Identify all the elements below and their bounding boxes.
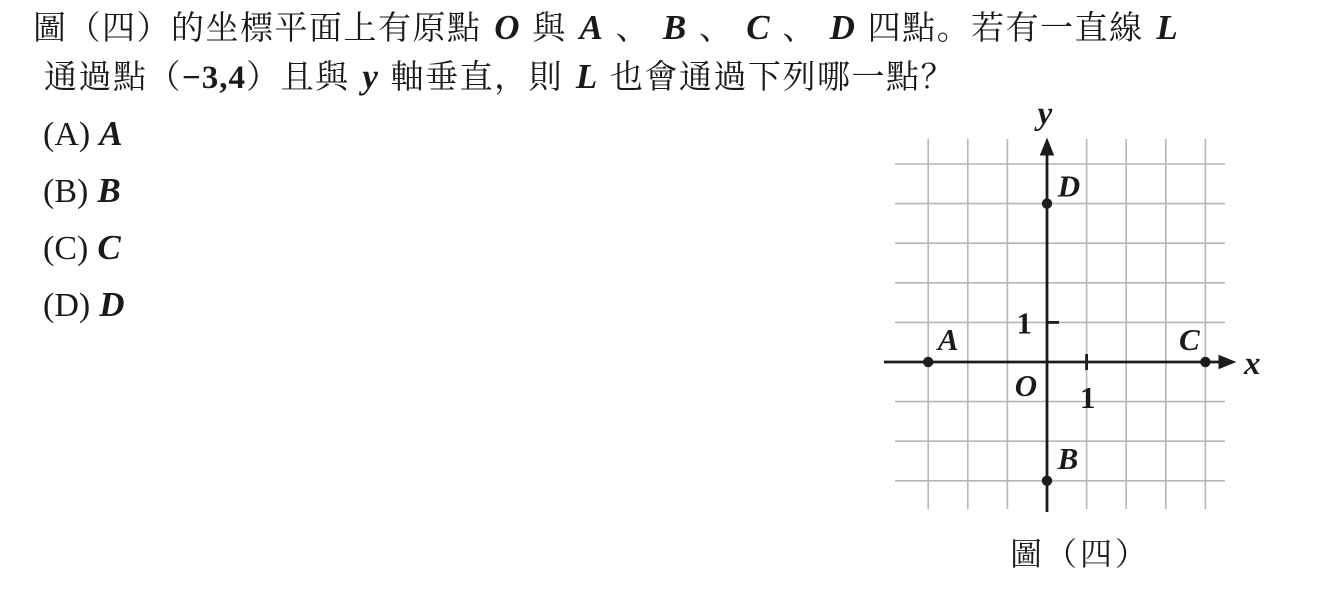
text-segment: 軸垂直，則 (381, 60, 573, 96)
points: ABCD (923, 169, 1211, 486)
text-segment: 、 (773, 11, 827, 47)
coordinate-plane-diagram: 11OxyABCD (860, 100, 1338, 530)
text-segment: 四點。若有一直線 (858, 11, 1154, 47)
text-segment: C (743, 8, 772, 47)
question-line-1: 圖（四）的坐標平面上有原點 O 與 A 、 B 、 C 、 D 四點。若有一直線… (33, 3, 1181, 52)
text-segment: 也會通過下列哪一點？ (600, 60, 955, 96)
text-segment: −3,4 (182, 60, 246, 96)
y-axis-label: y (1034, 100, 1053, 132)
coordinate-figure: 11OxyABCD (860, 100, 1338, 530)
exam-question-page: 圖（四）的坐標平面上有原點 O 與 A 、 B 、 C 、 D 四點。若有一直線… (0, 0, 1338, 600)
text-segment: 通過點（ (44, 60, 182, 96)
figure-caption: 圖（四） (950, 529, 1210, 575)
option-row-a: (A)A (43, 105, 124, 162)
text-segment: 、 (689, 11, 743, 47)
point-D-dot (1042, 198, 1052, 208)
text-segment: A (577, 8, 606, 47)
text-segment: L (573, 57, 600, 96)
text-segment: ）且與 (246, 60, 359, 96)
point-C-label: C (1179, 322, 1200, 357)
point-A-dot (923, 357, 933, 367)
question-line-2: 通過點（−3,4）且與 y 軸垂直，則 L 也會通過下列哪一點？ (33, 52, 1181, 101)
option-b-label: (B) (43, 173, 88, 210)
origin-label: O (1015, 368, 1037, 403)
figure-labels: 11Oxy (1015, 100, 1261, 415)
x-axis-label: x (1243, 346, 1261, 382)
x-tick-label: 1 (1080, 380, 1096, 415)
point-B-label: B (1057, 441, 1079, 476)
question-text: 圖（四）的坐標平面上有原點 O 與 A 、 B 、 C 、 D 四點。若有一直線… (33, 3, 1181, 101)
options-list: (A)A (B)B (C)C (D)D (43, 105, 124, 333)
x-axis-arrow (1219, 356, 1235, 369)
option-row-b: (B)B (43, 162, 124, 219)
text-segment: B (660, 8, 689, 47)
point-D-label: D (1057, 169, 1080, 204)
option-a-value: A (99, 114, 122, 153)
option-row-c: (C)C (43, 219, 124, 276)
option-b-value: B (97, 171, 120, 210)
text-segment: O (491, 8, 522, 47)
text-segment: 與 (523, 11, 577, 47)
point-C-dot (1200, 357, 1210, 367)
point-A-label: A (936, 322, 959, 357)
y-axis-arrow (1041, 139, 1054, 155)
option-a-label: (A) (43, 116, 90, 153)
option-d-label: (D) (43, 287, 90, 324)
text-segment: 、 (606, 11, 660, 47)
text-segment: y (359, 57, 381, 96)
text-segment: D (827, 8, 858, 47)
option-c-label: (C) (43, 230, 88, 267)
point-B-dot (1042, 476, 1052, 486)
text-segment: L (1153, 8, 1180, 47)
option-d-value: D (99, 285, 124, 324)
option-c-value: C (97, 228, 120, 267)
text-segment: 圖（四）的坐標平面上有原點 (33, 11, 491, 47)
y-tick-label: 1 (1017, 305, 1033, 340)
option-row-d: (D)D (43, 276, 124, 333)
